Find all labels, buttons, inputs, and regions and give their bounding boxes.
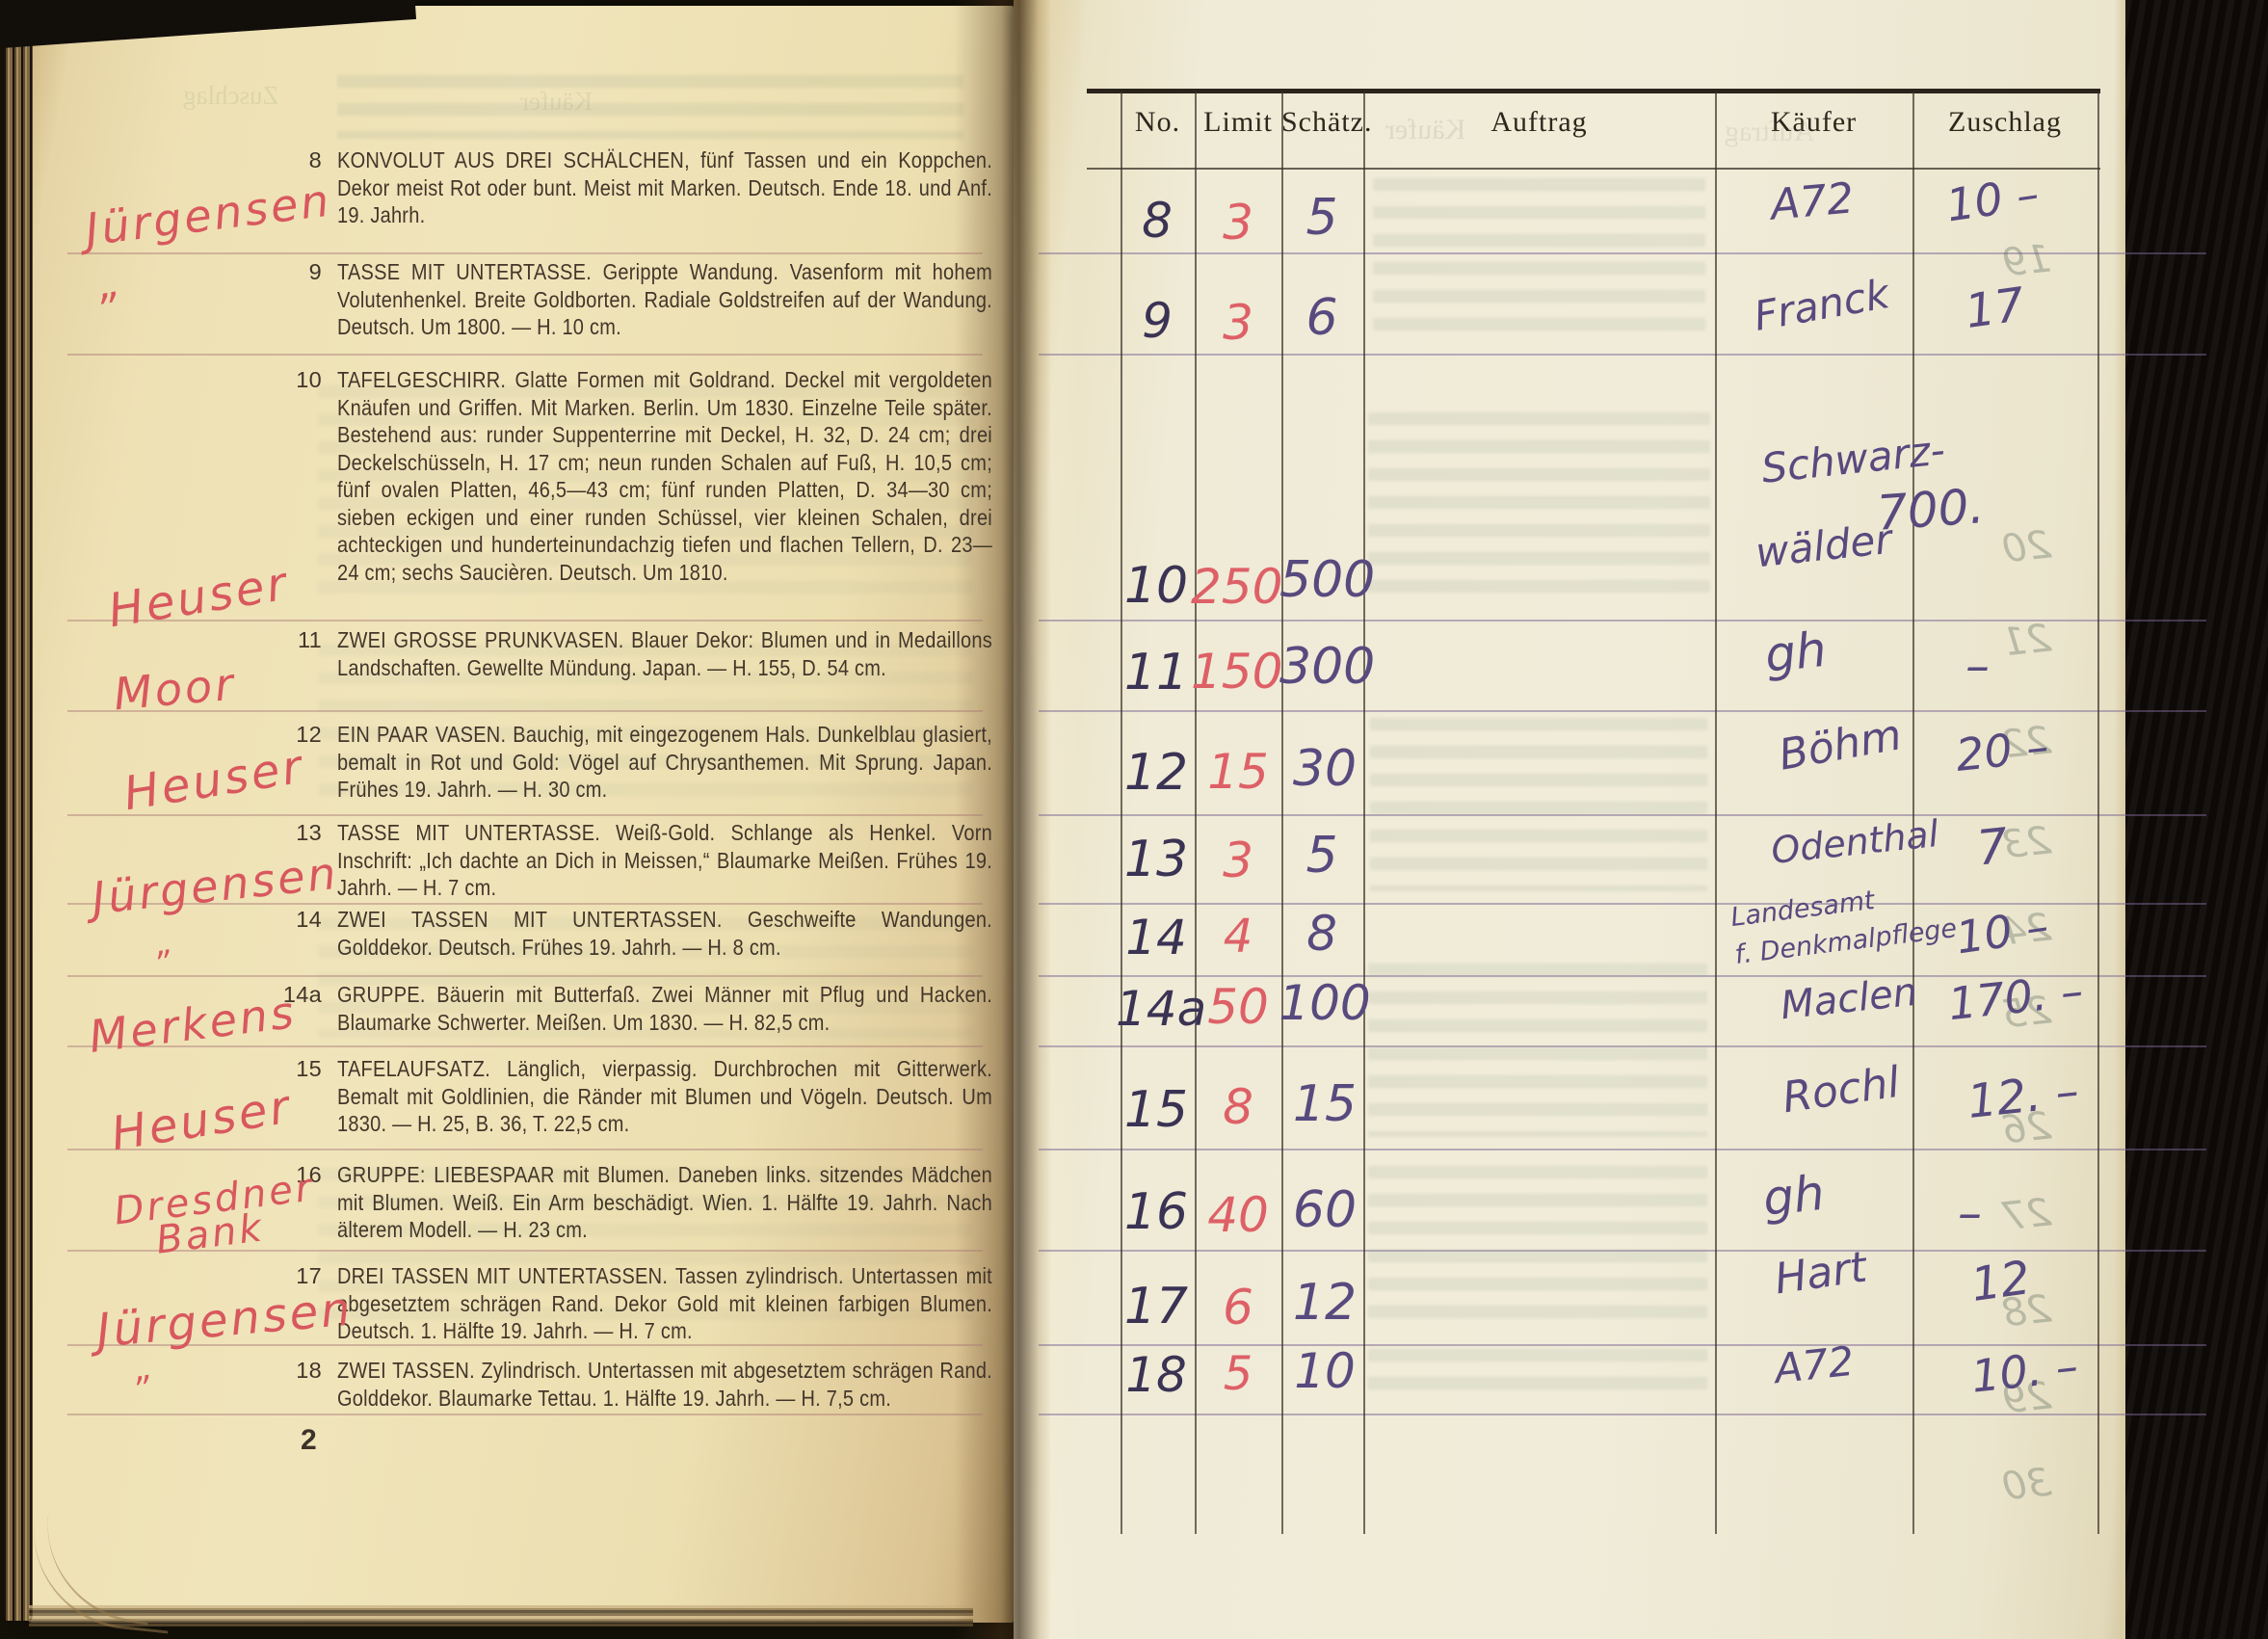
catalog-item-text: ZWEI TASSEN. Zylindrisch. Untertassen mi… xyxy=(337,1357,992,1412)
bleedthrough-text xyxy=(1368,1349,1707,1402)
bleedthrough-text xyxy=(337,75,963,139)
catalog-item-text: KONVOLUT AUS DREI SCHÄLCHEN, fünf Tassen… xyxy=(337,146,992,229)
bleedthrough-text xyxy=(1373,178,1705,342)
cell-schaetz: 10 xyxy=(1281,1343,1368,1399)
cell-limit: 6 xyxy=(1198,1280,1279,1335)
cell-schaetz: 8 xyxy=(1283,906,1360,962)
table-column-line xyxy=(1195,92,1197,1534)
cell-limit: 3 xyxy=(1198,195,1279,251)
column-header-schaetz: Schätz. xyxy=(1281,106,1363,139)
bleedthrough-number: 21 xyxy=(2000,616,2053,665)
cell-limit: 15 xyxy=(1195,744,1281,800)
ledger-book-photo: Zuschlag Käufer No. Limit Schätz. Auftra… xyxy=(0,0,2268,1639)
catalog-item-text: DREI TASSEN MIT UNTERTASSEN. Tassen zyli… xyxy=(337,1262,992,1342)
book-cover-edge xyxy=(2125,0,2268,1639)
cell-limit: 3 xyxy=(1198,833,1279,888)
cell-limit: 4 xyxy=(1198,910,1279,964)
catalog-item-text: ZWEI GROSSE PRUNKVASEN. Blauer Dekor: Bl… xyxy=(337,626,992,681)
cell-limit: 5 xyxy=(1198,1347,1279,1401)
cell-schaetz: 15 xyxy=(1281,1075,1368,1133)
catalog-item-text: GRUPPE. Bäuerin mit Butterfaß. Zwei Männ… xyxy=(337,981,992,1036)
rule-line xyxy=(67,814,983,816)
cell-zuschlag: 10. – xyxy=(1968,1339,2080,1402)
cell-no: 14a xyxy=(1116,981,1202,1037)
catalog-item-text: EIN PAAR VASEN. Bauchig, mit eingezogene… xyxy=(337,721,992,804)
catalog-item-text: TAFELGESCHIRR. Glatte Formen mit Goldran… xyxy=(337,366,992,586)
cell-schaetz: 5 xyxy=(1283,827,1360,885)
cell-schaetz: 12 xyxy=(1281,1274,1368,1332)
catalog-item: 8 KONVOLUT AUS DREI SCHÄLCHEN, fünf Tass… xyxy=(258,146,1019,251)
catalog-item-number: 10 xyxy=(258,367,322,393)
page-edge-highlight xyxy=(2114,0,2125,1639)
cell-no: 16 xyxy=(1120,1183,1193,1241)
cell-limit: 250 xyxy=(1191,559,1282,615)
cell-limit: 40 xyxy=(1195,1187,1281,1243)
rule-line xyxy=(67,252,983,254)
table-header-rule xyxy=(1087,168,2100,170)
cell-schaetz: 6 xyxy=(1283,289,1360,347)
bleedthrough-number: 27 xyxy=(2000,1190,2053,1239)
catalog-item-text: ZWEI TASSEN MIT UNTERTASSEN. Geschweifte… xyxy=(337,906,992,961)
catalog-item-text: TASSE MIT UNTERTASSE. Gerippte Wandung. … xyxy=(337,258,992,341)
bleedthrough-text xyxy=(1368,412,1710,605)
catalog-item-text: TAFELAUFSATZ. Länglich, vierpassig. Durc… xyxy=(337,1055,992,1138)
cell-no: 14 xyxy=(1120,910,1193,965)
bleedthrough-word: Zuschlag xyxy=(183,81,278,111)
cell-no: 18 xyxy=(1120,1347,1193,1403)
page-number: 2 xyxy=(301,1424,317,1457)
column-header-limit: Limit xyxy=(1195,106,1281,139)
catalog-item: 14a GRUPPE. Bäuerin mit Butterfaß. Zwei … xyxy=(258,981,1019,1044)
cell-schaetz: 300 xyxy=(1279,638,1371,696)
catalog-item-text: TASSE MIT UNTERTASSE. Weiß-Gold. Schlang… xyxy=(337,819,992,901)
margin-annotation: Moor xyxy=(112,658,238,721)
cell-kaeufer: gh xyxy=(1762,621,1829,683)
cell-schaetz: 500 xyxy=(1279,551,1371,609)
cell-zuschlag: 7 xyxy=(1974,817,2011,876)
catalog-item-number: 8 xyxy=(258,147,322,173)
bleedthrough-number: 30 xyxy=(2000,1460,2053,1509)
cell-kaeufer: A72 xyxy=(1769,173,1856,229)
rule-line xyxy=(67,975,983,977)
cell-limit: 8 xyxy=(1198,1079,1279,1135)
cell-no: 13 xyxy=(1120,831,1193,888)
rule-line xyxy=(67,1414,983,1415)
bleedthrough-text xyxy=(1370,718,1707,891)
bleedthrough-word: Käufer xyxy=(1385,114,1465,146)
cell-kaeufer: A72 xyxy=(1773,1337,1857,1392)
cell-no: 17 xyxy=(1120,1278,1193,1335)
cell-limit: 50 xyxy=(1195,979,1281,1035)
catalog-item: 13 TASSE MIT UNTERTASSE. Weiß-Gold. Schl… xyxy=(258,819,1019,901)
bleedthrough-text xyxy=(1368,1166,1707,1330)
catalog-item: 10 TAFELGESCHIRR. Glatte Formen mit Gold… xyxy=(258,366,1019,618)
cell-zuschlag: 12 xyxy=(1967,1251,2033,1312)
cell-zuschlag: 700. xyxy=(1875,478,1986,542)
catalog-item: 14 ZWEI TASSEN MIT UNTERTASSEN. Geschwei… xyxy=(258,906,1019,973)
table-top-rule xyxy=(1087,89,2100,93)
cell-schaetz: 100 xyxy=(1278,975,1372,1031)
bleedthrough-word: Auftrag xyxy=(1725,116,1814,148)
bleedthrough-number: 20 xyxy=(2000,522,2053,571)
catalog-item-number: 15 xyxy=(258,1056,322,1082)
column-header-zuschlag: Zuschlag xyxy=(1912,106,2097,139)
rule-line xyxy=(67,354,983,356)
page-stack-bottom-edge xyxy=(29,1605,973,1626)
catalog-item-number: 13 xyxy=(258,820,322,846)
table-column-line xyxy=(2097,92,2099,1534)
cell-limit: 3 xyxy=(1198,295,1279,351)
cell-zuschlag: – xyxy=(1965,638,1990,694)
table-column-line xyxy=(1715,92,1717,1534)
cell-no: 9 xyxy=(1123,293,1191,349)
catalog-item: 18 ZWEI TASSEN. Zylindrisch. Untertassen… xyxy=(258,1357,1019,1413)
cell-no: 8 xyxy=(1123,193,1191,249)
cell-zuschlag: – xyxy=(1958,1185,1982,1241)
catalog-item: 12 EIN PAAR VASEN. Bauchig, mit eingezog… xyxy=(258,721,1019,812)
catalog-item-number: 11 xyxy=(258,627,322,653)
catalog-item-number: 18 xyxy=(258,1358,322,1384)
cell-kaeufer: gh xyxy=(1760,1165,1827,1227)
catalog-item-number: 14 xyxy=(258,907,322,933)
catalog-item-text: GRUPPE: LIEBESPAAR mit Blumen. Daneben l… xyxy=(337,1161,992,1244)
cell-zuschlag: 17 xyxy=(1962,278,2027,339)
cell-no: 10 xyxy=(1118,557,1195,615)
column-header-no: No. xyxy=(1121,106,1195,139)
catalog-item: 16 GRUPPE: LIEBESPAAR mit Blumen. Danebe… xyxy=(258,1161,1019,1248)
rule-line xyxy=(1039,354,2206,356)
bleedthrough-text xyxy=(1368,964,1707,1137)
rule-line xyxy=(1039,710,2206,712)
cell-zuschlag: 20 – xyxy=(1953,720,2050,781)
page-stack-edge xyxy=(4,13,33,1621)
catalog-item-number: 9 xyxy=(258,259,322,285)
cell-limit: 150 xyxy=(1191,644,1282,700)
catalog-item: 11 ZWEI GROSSE PRUNKVASEN. Blauer Dekor:… xyxy=(258,626,1019,708)
rule-line xyxy=(67,1149,983,1150)
catalog-item: 9 TASSE MIT UNTERTASSE. Gerippte Wandung… xyxy=(258,258,1019,352)
cell-no: 12 xyxy=(1120,744,1193,802)
cell-schaetz: 30 xyxy=(1281,740,1368,798)
cell-no: 15 xyxy=(1120,1081,1193,1139)
catalog-item: 17 DREI TASSEN MIT UNTERTASSEN. Tassen z… xyxy=(258,1262,1019,1342)
cell-schaetz: 5 xyxy=(1283,189,1360,247)
catalog-item: 15 TAFELAUFSATZ. Länglich, vierpassig. D… xyxy=(258,1055,1019,1147)
table-column-line xyxy=(1912,92,1914,1534)
cell-no: 11 xyxy=(1120,644,1193,701)
cell-schaetz: 60 xyxy=(1281,1181,1368,1239)
